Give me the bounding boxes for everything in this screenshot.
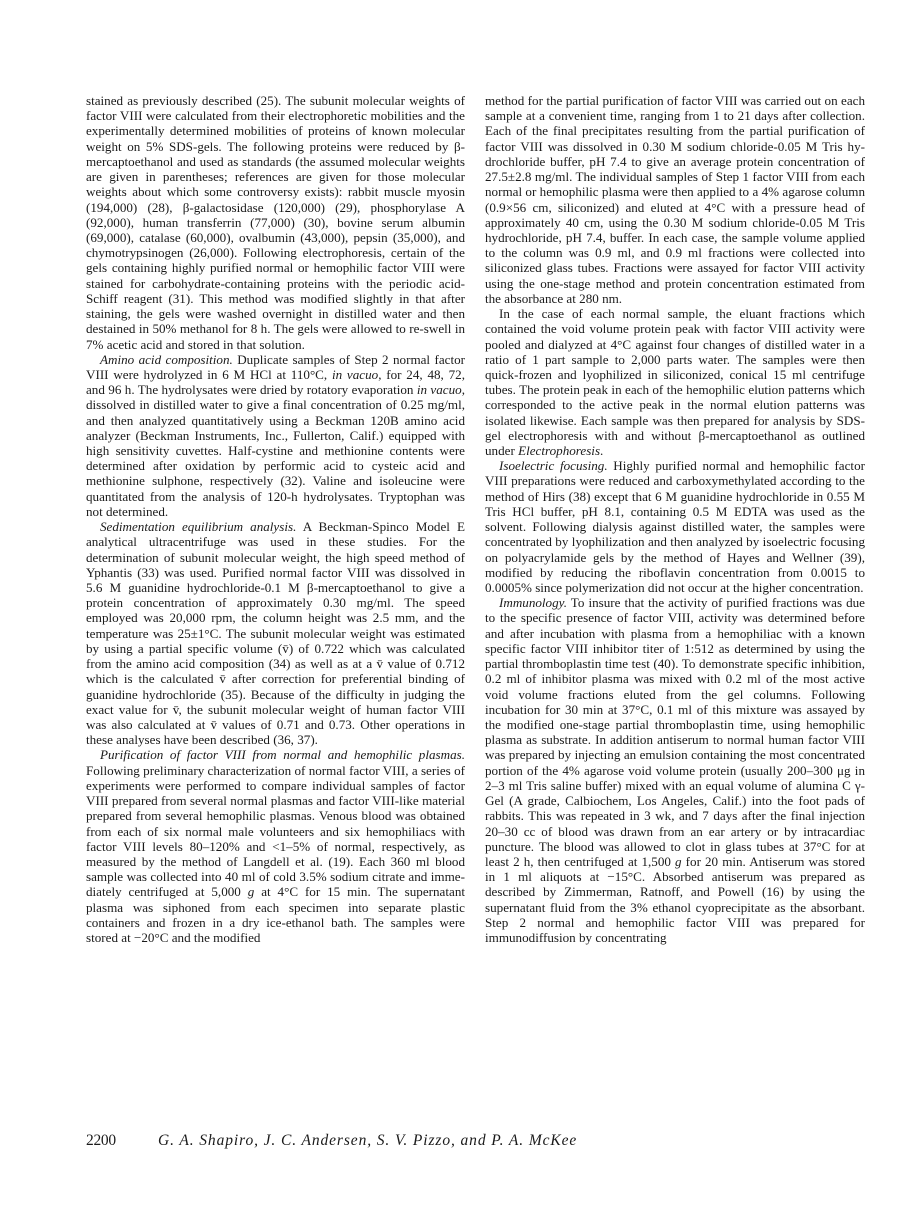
paragraph-electrophoresis-continued: stained as previously described (25). Th… xyxy=(86,93,465,352)
italic-term: in vacuo xyxy=(417,382,462,397)
paragraph-isoelectric-focusing: Isoelectric focusing. Highly purified no… xyxy=(485,458,865,595)
section-heading-purification: Purification of factor VIII from normal … xyxy=(100,747,465,762)
section-heading-sedimentation-equilibrium: Sedimentation equilibrium analysis. xyxy=(100,519,296,534)
page-footer: 2200G. A. Shapiro, J. C. Andersen, S. V.… xyxy=(86,1131,866,1151)
paragraph-text: To insure that the activity of purified … xyxy=(485,595,865,869)
paragraph-text: Highly purified normal and hemo­philic f… xyxy=(485,458,865,595)
section-heading-immunology: Immunology. xyxy=(499,595,567,610)
paragraph-amino-acid-composition: Amino acid composition. Duplicate sample… xyxy=(86,352,465,519)
running-footer-authors: G. A. Shapiro, J. C. Andersen, S. V. Piz… xyxy=(158,1132,577,1149)
italic-term: in vacuo xyxy=(332,367,378,382)
page-number: 2200 xyxy=(86,1131,126,1151)
document-page: stained as previously described (25). Th… xyxy=(0,0,898,1228)
section-heading-amino-acid-composition: Amino acid composition. xyxy=(100,352,233,367)
paragraph-text: stained as previously described (25). Th… xyxy=(86,93,465,352)
paragraph-sedimentation-equilibrium: Sedimentation equilibrium analysis. A Be… xyxy=(86,519,465,747)
paragraph-text: In the case of each normal sample, the e… xyxy=(485,306,865,458)
paragraph-text: . xyxy=(600,443,603,458)
paragraph-text: Following preliminary characterization o… xyxy=(86,763,465,900)
paragraph-immunology: Immunology. To insure that the activity … xyxy=(485,595,865,945)
left-column: stained as previously described (25). Th… xyxy=(86,93,465,945)
paragraph-normal-sample-fractions: In the case of each normal sample, the e… xyxy=(485,306,865,458)
paragraph-purification-continued: method for the partial purification of f… xyxy=(485,93,865,306)
paragraph-text: method for the partial purification of f… xyxy=(485,93,865,306)
section-heading-isoelectric-focusing: Isoelectric focusing. xyxy=(499,458,608,473)
paragraph-text: A Beckman-Spinco Model E analytical ultr… xyxy=(86,519,465,747)
italic-section-reference: Electrophoresis xyxy=(518,443,600,458)
paragraph-text: , dissolved in distilled water to give a… xyxy=(86,382,465,519)
paragraph-purification: Purification of factor VIII from normal … xyxy=(86,747,465,945)
right-column: method for the partial purification of f… xyxy=(485,93,865,945)
